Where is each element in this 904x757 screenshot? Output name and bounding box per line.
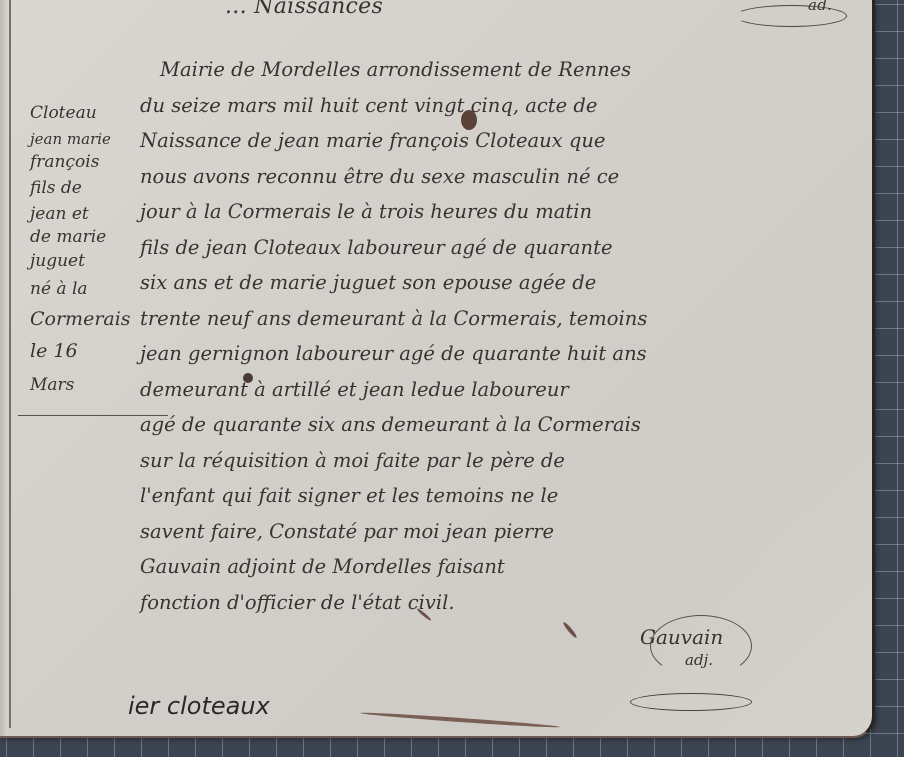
signature-loop-icon bbox=[650, 615, 752, 677]
record-line: fonction d'officier de l'état civil. bbox=[140, 585, 880, 621]
margin-line: Cormerais bbox=[30, 304, 131, 334]
record-line: agé de quarante six ans demeurant à la C… bbox=[140, 407, 880, 443]
signature-flourish-icon bbox=[630, 693, 752, 711]
margin-line: Mars bbox=[30, 368, 131, 402]
record-line: Mairie de Mordelles arrondissement de Re… bbox=[140, 52, 880, 88]
register-page: ... Naissances ad. Cloteau jean marie fr… bbox=[0, 0, 875, 738]
margin-line: le 16 bbox=[30, 334, 131, 368]
record-line: fils de jean Cloteaux laboureur agé de q… bbox=[140, 230, 880, 266]
ink-stroke bbox=[562, 621, 578, 639]
record-line: sur la réquisition à moi faite par le pè… bbox=[140, 443, 880, 479]
margin-line: né à la bbox=[30, 274, 131, 304]
record-line: trente neuf ans demeurant à la Cormerais… bbox=[140, 301, 880, 337]
signature-block: Gauvain adj. bbox=[630, 625, 723, 669]
margin-note: Cloteau jean marie françois fils de jean… bbox=[30, 98, 131, 402]
margin-line: Cloteau bbox=[30, 98, 131, 128]
record-line: Naissance de jean marie françois Cloteau… bbox=[140, 123, 880, 159]
ink-blot bbox=[243, 373, 253, 383]
record-line: l'enfant qui fait signer et les temoins … bbox=[140, 478, 880, 514]
record-line: jour à la Cormerais le à trois heures du… bbox=[140, 194, 880, 230]
record-line: six ans et de marie juguet son epouse ag… bbox=[140, 265, 880, 301]
record-line: savent faire, Constaté par moi jean pier… bbox=[140, 514, 880, 550]
record-line: nous avons reconnu être du sexe masculin… bbox=[140, 159, 880, 195]
margin-line: fils de bbox=[30, 174, 131, 202]
binding-gutter-line bbox=[9, 0, 11, 728]
margin-line: de marie bbox=[30, 226, 131, 248]
margin-line: juguet bbox=[30, 248, 131, 274]
page-header-fragment: ... Naissances bbox=[225, 0, 383, 19]
corner-flourish-icon bbox=[735, 5, 847, 27]
margin-line: françois bbox=[30, 150, 131, 174]
record-body: Mairie de Mordelles arrondissement de Re… bbox=[140, 52, 880, 620]
record-line: jean gernignon laboureur agé de quarante… bbox=[140, 336, 880, 372]
footer-annotation: ier cloteaux bbox=[128, 692, 270, 720]
record-line: du seize mars mil huit cent vingt cinq, … bbox=[140, 88, 880, 124]
margin-line: jean et bbox=[30, 202, 131, 226]
ink-stroke bbox=[360, 711, 560, 729]
margin-line: jean marie bbox=[30, 128, 131, 150]
record-line: Gauvain adjoint de Mordelles faisant bbox=[140, 549, 880, 585]
ink-blot bbox=[461, 110, 477, 130]
